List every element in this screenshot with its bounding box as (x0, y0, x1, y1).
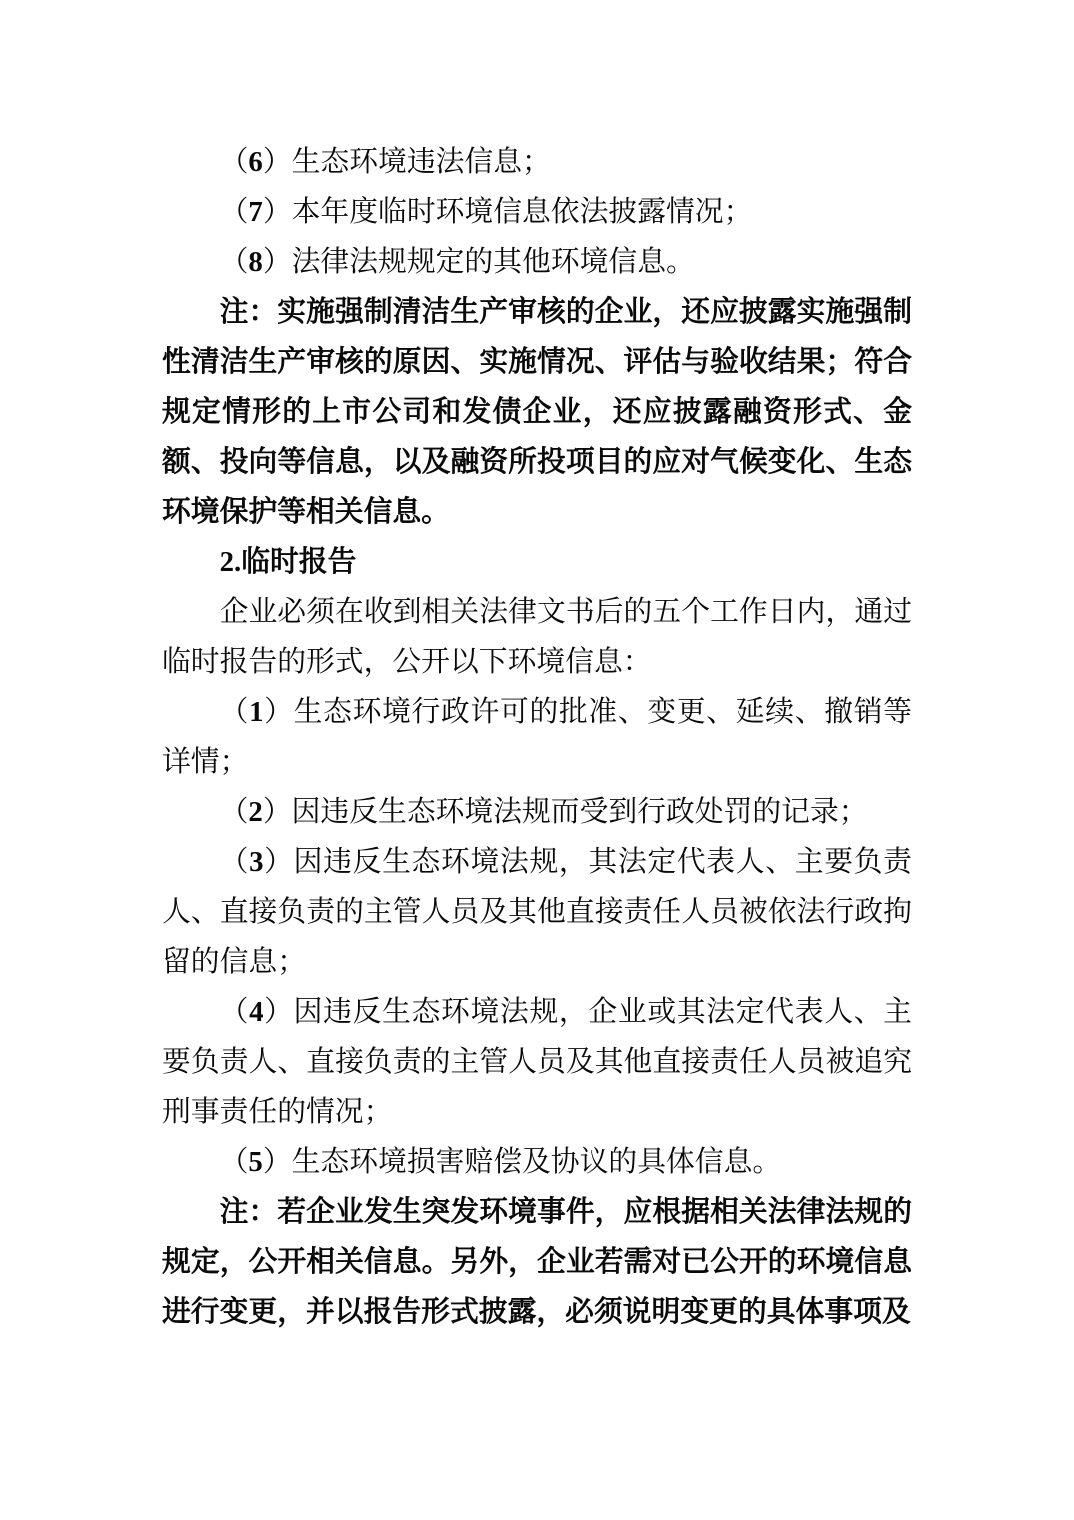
list-item-8: （8）法律法规规定的其他环境信息。 (162, 237, 912, 287)
list-item-2: （2）因违反生态环境法规而受到行政处罚的记录； (162, 787, 912, 837)
item-number: （5） (220, 1146, 292, 1178)
item-number: （8） (220, 246, 292, 278)
list-item-text: 生态环境损害赔偿及协议的具体信息。 (292, 1146, 782, 1178)
item-number: （7） (220, 196, 292, 228)
section-heading-temporary-report: 2.临时报告 (162, 537, 912, 587)
intro-paragraph: 企业必须在收到相关法律文书后的五个工作日内，通过临时报告的形式，公开以下环境信息… (162, 587, 912, 687)
list-item-text: 法律法规规定的其他环境信息。 (292, 246, 695, 278)
list-item-1: （1）生态环境行政许可的批准、变更、延续、撤销等详情； (162, 687, 912, 787)
list-item-3: （3）因违反生态环境法规，其法定代表人、主要负责人、直接负责的主管人员及其他直接… (162, 837, 912, 987)
document-page: （6）生态环境违法信息； （7）本年度临时环境信息依法披露情况； （8）法律法规… (162, 0, 912, 1337)
note-annual-report: 注：实施强制清洁生产审核的企业，还应披露实施强制性清洁生产审核的原因、实施情况、… (162, 287, 912, 537)
list-item-text: 因违反生态环境法规而受到行政处罚的记录； (292, 796, 868, 828)
item-number: （6） (220, 146, 292, 178)
list-item-text: 本年度临时环境信息依法披露情况； (292, 196, 753, 228)
note-emergency-events: 注：若企业发生突发环境事件，应根据相关法律法规的规定，公开相关信息。另外，企业若… (162, 1187, 912, 1337)
item-number: （4） (220, 996, 294, 1028)
list-item-5: （5）生态环境损害赔偿及协议的具体信息。 (162, 1137, 912, 1187)
list-item-6: （6）生态环境违法信息； (162, 137, 912, 187)
list-item-4: （4）因违反生态环境法规，企业或其法定代表人、主要负责人、直接负责的主管人员及其… (162, 987, 912, 1137)
list-item-text: 生态环境违法信息； (292, 146, 551, 178)
list-item-7: （7）本年度临时环境信息依法披露情况； (162, 187, 912, 237)
item-number: （2） (220, 796, 292, 828)
item-number: （1） (220, 696, 294, 728)
item-number: （3） (220, 846, 294, 878)
